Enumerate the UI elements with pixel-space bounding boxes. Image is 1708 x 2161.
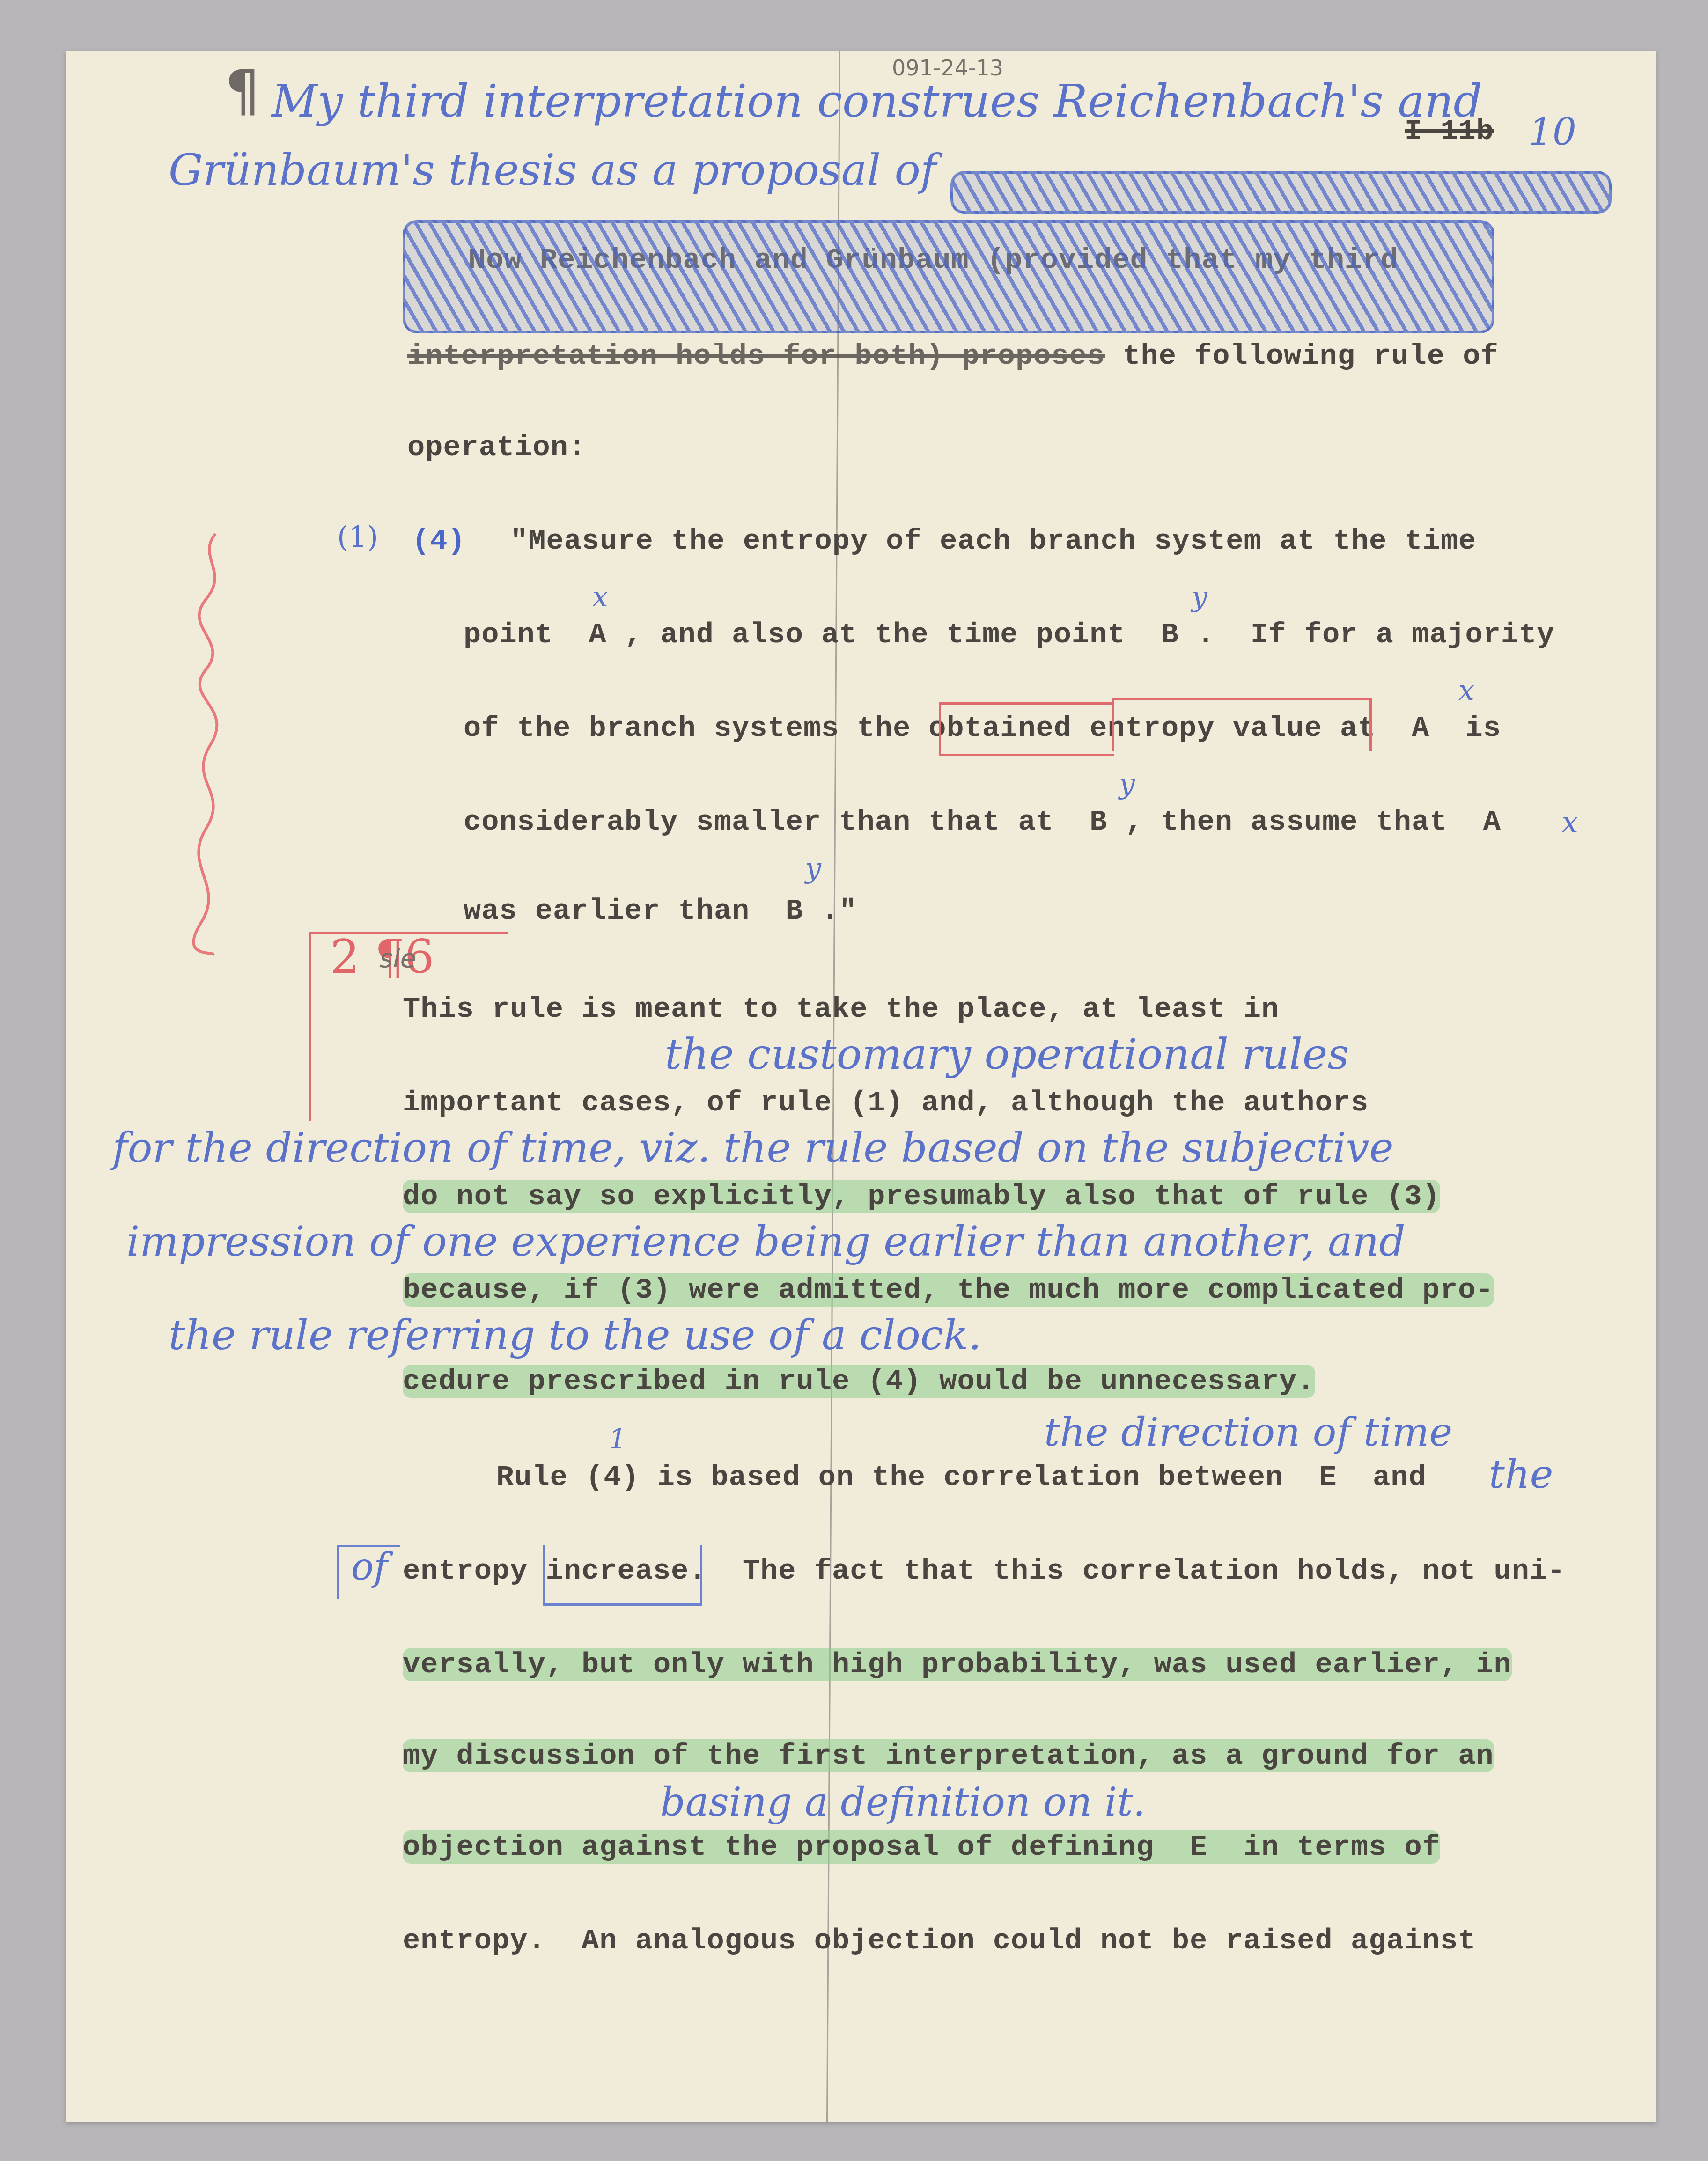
red-box-entropy-value <box>1112 698 1372 751</box>
insert-of: of <box>351 1545 388 1588</box>
insert-clock-line: the rule referring to the use of a clock… <box>169 1311 981 1359</box>
para1-line-3-text: do not say so explicitly, presumably als… <box>403 1180 1440 1213</box>
large-scribble-block <box>403 220 1494 333</box>
sub-y-2: y <box>1119 768 1135 801</box>
para2-line-6: entropy. An analogous objection could no… <box>403 1924 1476 1957</box>
scribbled-out-text <box>950 171 1612 214</box>
rule-line-2: point A , and also at the time point B .… <box>464 618 1555 651</box>
insert-customary-rules: the customary operational rules <box>665 1030 1349 1079</box>
sub-y-1: y <box>1192 581 1207 613</box>
page-number-typed-text: I 11b <box>1405 115 1494 148</box>
red-margin-squiggle <box>187 529 243 960</box>
para2-line-3-text: versally, but only with high probability… <box>403 1648 1512 1681</box>
following-rule-text: the following rule of <box>1123 339 1498 373</box>
para1-line-3: do not say so explicitly, presumably als… <box>403 1180 1440 1213</box>
sub-x-3: x <box>1561 805 1578 840</box>
rule-label-typed-struck: (4) <box>412 524 466 558</box>
rule-line-4: considerably smaller than that at B , th… <box>464 805 1501 838</box>
handwritten-header-line2: Grünbaum's thesis as a proposal of <box>169 145 936 195</box>
sub-x-2: x <box>1458 674 1474 707</box>
para2-line-1: Rule (4) is based on the correlation bet… <box>496 1461 1427 1494</box>
page-number-handwritten: 10 <box>1529 110 1576 154</box>
red-box-obtained <box>939 702 1114 756</box>
rule-line-5: was earlier than B ." <box>464 894 857 927</box>
para2-line-3: versally, but only with high probability… <box>403 1648 1512 1681</box>
para1-line-5-text: cedure prescribed in rule (4) would be u… <box>403 1365 1315 1398</box>
para1-line-4: because, if (3) were admitted, the much … <box>403 1273 1494 1307</box>
page-number-typed: I 11b <box>1405 115 1494 148</box>
para2-line-4: my discussion of the first interpretatio… <box>403 1739 1494 1772</box>
typed-line-interpretation: interpretation holds for both) proposes … <box>407 339 1499 373</box>
para2-line-2: entropy increase. The fact that this cor… <box>403 1554 1565 1588</box>
paragraph-mark: ¶ <box>225 59 260 124</box>
para2-line-5-text: objection against the proposal of defini… <box>403 1830 1440 1864</box>
para1-line-1: This rule is meant to take the place, at… <box>403 992 1279 1026</box>
typed-line-operation: operation: <box>407 431 586 464</box>
para2-line-4-text: my discussion of the first interpretatio… <box>403 1739 1494 1772</box>
insert-impression-line: impression of one experience being earli… <box>126 1217 1406 1265</box>
insert-direction-line: for the direction of time, viz. the rule… <box>112 1124 1394 1172</box>
para1-line-2-text: important cases, of rule (1) and, althou… <box>403 1086 1369 1119</box>
struck-interpretation: interpretation holds for both) proposes <box>407 339 1105 373</box>
para1-line-2: important cases, of rule (1) and, althou… <box>403 1086 1369 1119</box>
insert-the: the <box>1489 1451 1553 1497</box>
para2-line-5: objection against the proposal of defini… <box>403 1830 1440 1864</box>
rule-label-handwritten: (1) <box>337 520 378 554</box>
sub-x-1: x <box>592 581 608 613</box>
rule-line-1: "Measure the entropy of each branch syst… <box>510 524 1476 558</box>
handwritten-header-line1: My third interpretation construes Reiche… <box>272 75 1482 127</box>
pencil-mark: sle <box>379 943 416 974</box>
para1-line-5: cedure prescribed in rule (4) would be u… <box>403 1365 1315 1398</box>
sub-y-3: y <box>805 852 821 885</box>
insert-direction-of-time: the direction of time <box>1044 1409 1452 1455</box>
para1-line-4-text: because, if (3) were admitted, the much … <box>403 1273 1494 1307</box>
rule-number-fix: 1 <box>609 1423 626 1456</box>
para1-line-1-text: This rule is meant to take the place, at… <box>403 992 1279 1026</box>
insert-basing-definition: basing a definition on it. <box>660 1779 1145 1825</box>
